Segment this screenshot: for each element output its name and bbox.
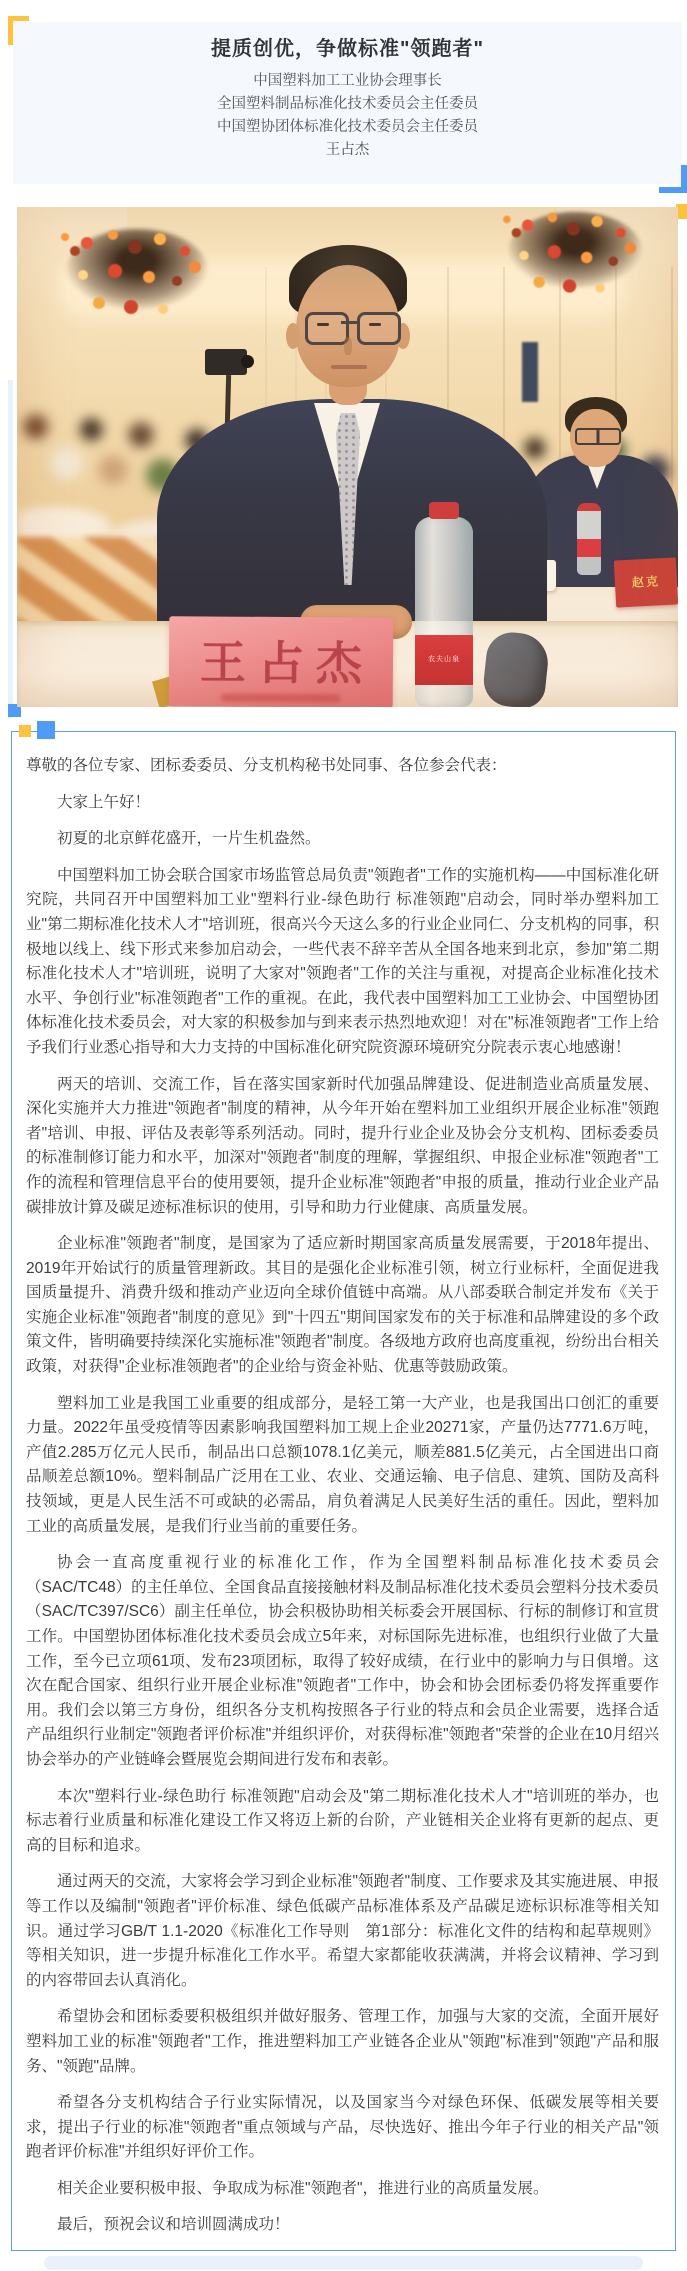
speech-text-panel: 尊敬的各位专家、团标委委员、分支机构秘书处同事、各位参会代表： 大家上午好！初夏… [11, 731, 676, 2251]
article-page: 提质创优，争做标准"领跑者" 中国塑料加工工业协会理事长全国塑料制品标准化技术委… [0, 0, 687, 2271]
photo-left-accent-strip [8, 380, 13, 718]
speech-paragraph: 相关企业要积极申报、争取成为标准"领跑者"，推进行业的高质量发展。 [26, 2177, 659, 2202]
header-card: 提质创优，争做标准"领跑者" 中国塑料加工工业协会理事长全国塑料制品标准化技术委… [13, 22, 682, 184]
speech-paragraph: 两天的培训、交流工作，旨在落实国家新时代加强品牌建设、促进制造业高质量发展、深化… [26, 1073, 659, 1221]
speaker-name-card: 王占杰 [169, 616, 394, 707]
background-attendee-glasses [575, 428, 621, 445]
speaker-mouth [331, 365, 367, 369]
speech-paragraph: 中国塑料加工协会联合国家市场监管总局负责"领跑者"工作的实施机构——中国标准化研… [26, 864, 659, 1061]
speaker-glasses-bridge [341, 321, 359, 324]
speech-paragraph: 协会一直高度重视行业的标准化工作，作为全国塑料制品标准化技术委员会（SAC/TC… [26, 1551, 659, 1772]
background-name-card: 赵克 [614, 557, 678, 607]
header-roles: 中国塑料加工工业协会理事长全国塑料制品标准化技术委员会主任委员中国塑协团体标准化… [13, 70, 682, 139]
header-role-line: 中国塑料加工工业协会理事长 [13, 70, 682, 93]
author-name: 王占杰 [13, 139, 682, 162]
chandelier-lights [503, 216, 511, 224]
speaker-ear [286, 323, 300, 349]
speech-paragraph: 最后，预祝会议和培训圆满成功！ [26, 2213, 659, 2238]
speech-paragraph: 塑料加工业是我国工业重要的组成部分，是轻工第一大产业，也是我国出口创汇的重要力量… [26, 1392, 659, 1540]
speech-paragraph: 希望各分支机构结合子行业实际情况，以及国家当今对绿色环保、低碳发展等相关要求，提… [26, 2091, 659, 2165]
speaker-eye [369, 323, 381, 326]
header-role-line: 中国塑协团体标准化技术委员会主任委员 [13, 116, 682, 139]
background-water-bottle [577, 503, 601, 575]
speaker-name-card-text: 王占杰 [181, 626, 393, 693]
speech-paragraph: 企业标准"领跑者"制度，是国家为了适应新时期国家高质量发展需要，于2018年提出… [26, 1232, 659, 1380]
speech-paragraph: 初夏的北京鲜花盛开，一片生机盎然。 [26, 827, 659, 852]
water-bottle: 农夫山泉 [415, 517, 473, 707]
name-card-subtext-blur [221, 694, 341, 703]
speech-paragraph: 通过两天的交流，大家将会学习到企业标准"领跑者"制度、工作要求及其实施进展、申报… [26, 1870, 659, 1993]
speaker-glasses-lens [357, 312, 401, 345]
water-bottle-label: 农夫山泉 [415, 635, 473, 685]
panel-accent-square-yellow [19, 725, 31, 737]
corner-bracket-yellow-icon [8, 16, 29, 45]
speaker-eye [317, 323, 329, 326]
header-role-line: 全国塑料制品标准化技术委员会主任委员 [13, 93, 682, 116]
chandelier-lights [61, 233, 69, 241]
speaker-glasses-lens [305, 312, 349, 345]
speaker-nose [344, 337, 352, 355]
speech-body: 大家上午好！初夏的北京鲜花盛开，一片生机盎然。中国塑料加工协会联合国家市场监管总… [26, 791, 659, 2238]
corner-bracket-blue-icon [659, 165, 687, 193]
page-title: 提质创优，争做标准"领跑者" [13, 36, 682, 62]
footer-shadow-bar [44, 2256, 643, 2270]
speech-paragraph: 大家上午好！ [26, 791, 659, 816]
conference-photo: 赵克 王占杰 农夫山泉 [17, 207, 678, 707]
chandelier-arms [67, 229, 207, 309]
panel-accent-square-blue [37, 721, 55, 739]
water-bottle-cap [429, 502, 459, 519]
dark-window [522, 342, 538, 402]
speech-greeting: 尊敬的各位专家、团标委委员、分支机构秘书处同事、各位参会代表： [26, 754, 659, 779]
speech-paragraph: 本次"塑料行业-绿色助行 标准领跑"启动会及"第二期标准化技术人才"培训班的举办… [26, 1785, 659, 1859]
camera-lens [241, 355, 254, 368]
chandelier-left [47, 221, 237, 351]
speech-paragraph: 希望协会和团标委要积极组织并做好服务、管理工作，加强与大家的交流，全面开展好塑料… [26, 2005, 659, 2079]
